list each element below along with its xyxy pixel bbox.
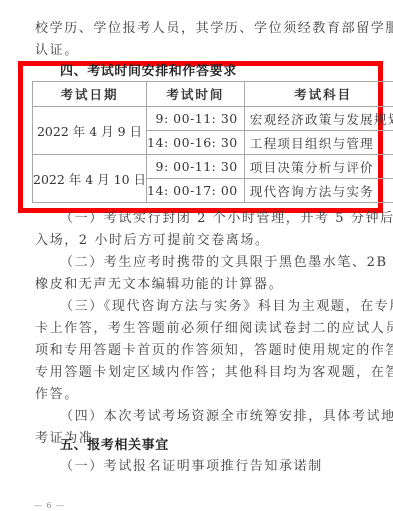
exam-schedule-table: 考试日期 考试时间 考试科目 2022 年 4 月 9 日 9: 00-11: … (32, 81, 393, 203)
header-exam-time: 考试时间 (147, 82, 245, 107)
table-row: 2022 年 4 月 10 日 9: 00-11: 30 项目决策分析与评价 (33, 155, 393, 179)
header-exam-subject: 考试科目 (244, 82, 393, 107)
paragraph-3-line: （三）《现代咨询方法与实务》科目为主观题，在专用答题 (60, 299, 393, 315)
page-number: — 6 — (34, 501, 65, 510)
paragraph-2-line: 橡皮和无声无文本编辑功能的计算器。 (35, 277, 283, 293)
exam-time-cell: 14: 00-17: 00 (147, 179, 245, 203)
exam-time-cell: 9: 00-11: 30 (147, 107, 245, 131)
exam-time-cell: 9: 00-11: 30 (147, 155, 245, 179)
exam-subject-cell: 现代咨询方法与实务 (244, 179, 393, 203)
text-line: 校学历、学位报考人员，其学历、学位须经教育部留学服务中心 (35, 21, 393, 37)
paragraph-2-line: （二）考生应考时携带的文具限于黑色墨水笔、2B 铅笔、 (60, 255, 393, 271)
paragraph-3-line: 卡上作答，考生答题前必须仔细阅读试卷封二的应试人员注意事 (35, 321, 393, 337)
section-5-heading: 五、报考相关事宜 (60, 438, 169, 454)
paragraph-3-line: 作答。 (35, 387, 79, 403)
paragraph-3-line: 专用答题卡划定区域内作答；其他科目均为客观题，在答题卡上 (35, 365, 393, 381)
text-line: 认证。 (35, 43, 79, 59)
table-header-row: 考试日期 考试时间 考试科目 (33, 82, 393, 107)
exam-subject-cell: 宏观经济政策与发展规划 (244, 107, 393, 131)
section-4-heading: 四、考试时间安排和作答要求 (60, 64, 237, 80)
paragraph-1-line: （一）考试实行封闭 2 个小时管理，开考 5 分钟后一律禁止 (60, 211, 393, 227)
paragraph-1-line: 入场，2 小时后方可提前交卷离场。 (35, 233, 270, 249)
header-exam-date: 考试日期 (33, 82, 147, 107)
exam-subject-cell: 工程项目组织与管理 (244, 131, 393, 155)
table-row: 2022 年 4 月 9 日 9: 00-11: 30 宏观经济政策与发展规划 (33, 107, 393, 131)
paragraph-4-line: （四）本次考试考场资源全市统筹安排，具体考试地点以准 (60, 409, 393, 425)
exam-subject-cell: 项目决策分析与评价 (244, 155, 393, 179)
exam-date-cell: 2022 年 4 月 9 日 (33, 107, 147, 155)
exam-time-cell: 14: 00-16: 30 (147, 131, 245, 155)
exam-date-cell: 2022 年 4 月 10 日 (33, 155, 147, 203)
section-5-subheading: （一）考试报名证明事项推行告知承诺制 (60, 459, 323, 475)
paragraph-3-line: 项和专用答题卡首页的作答须知，答题时使用规定的作答工具在 (35, 343, 393, 359)
